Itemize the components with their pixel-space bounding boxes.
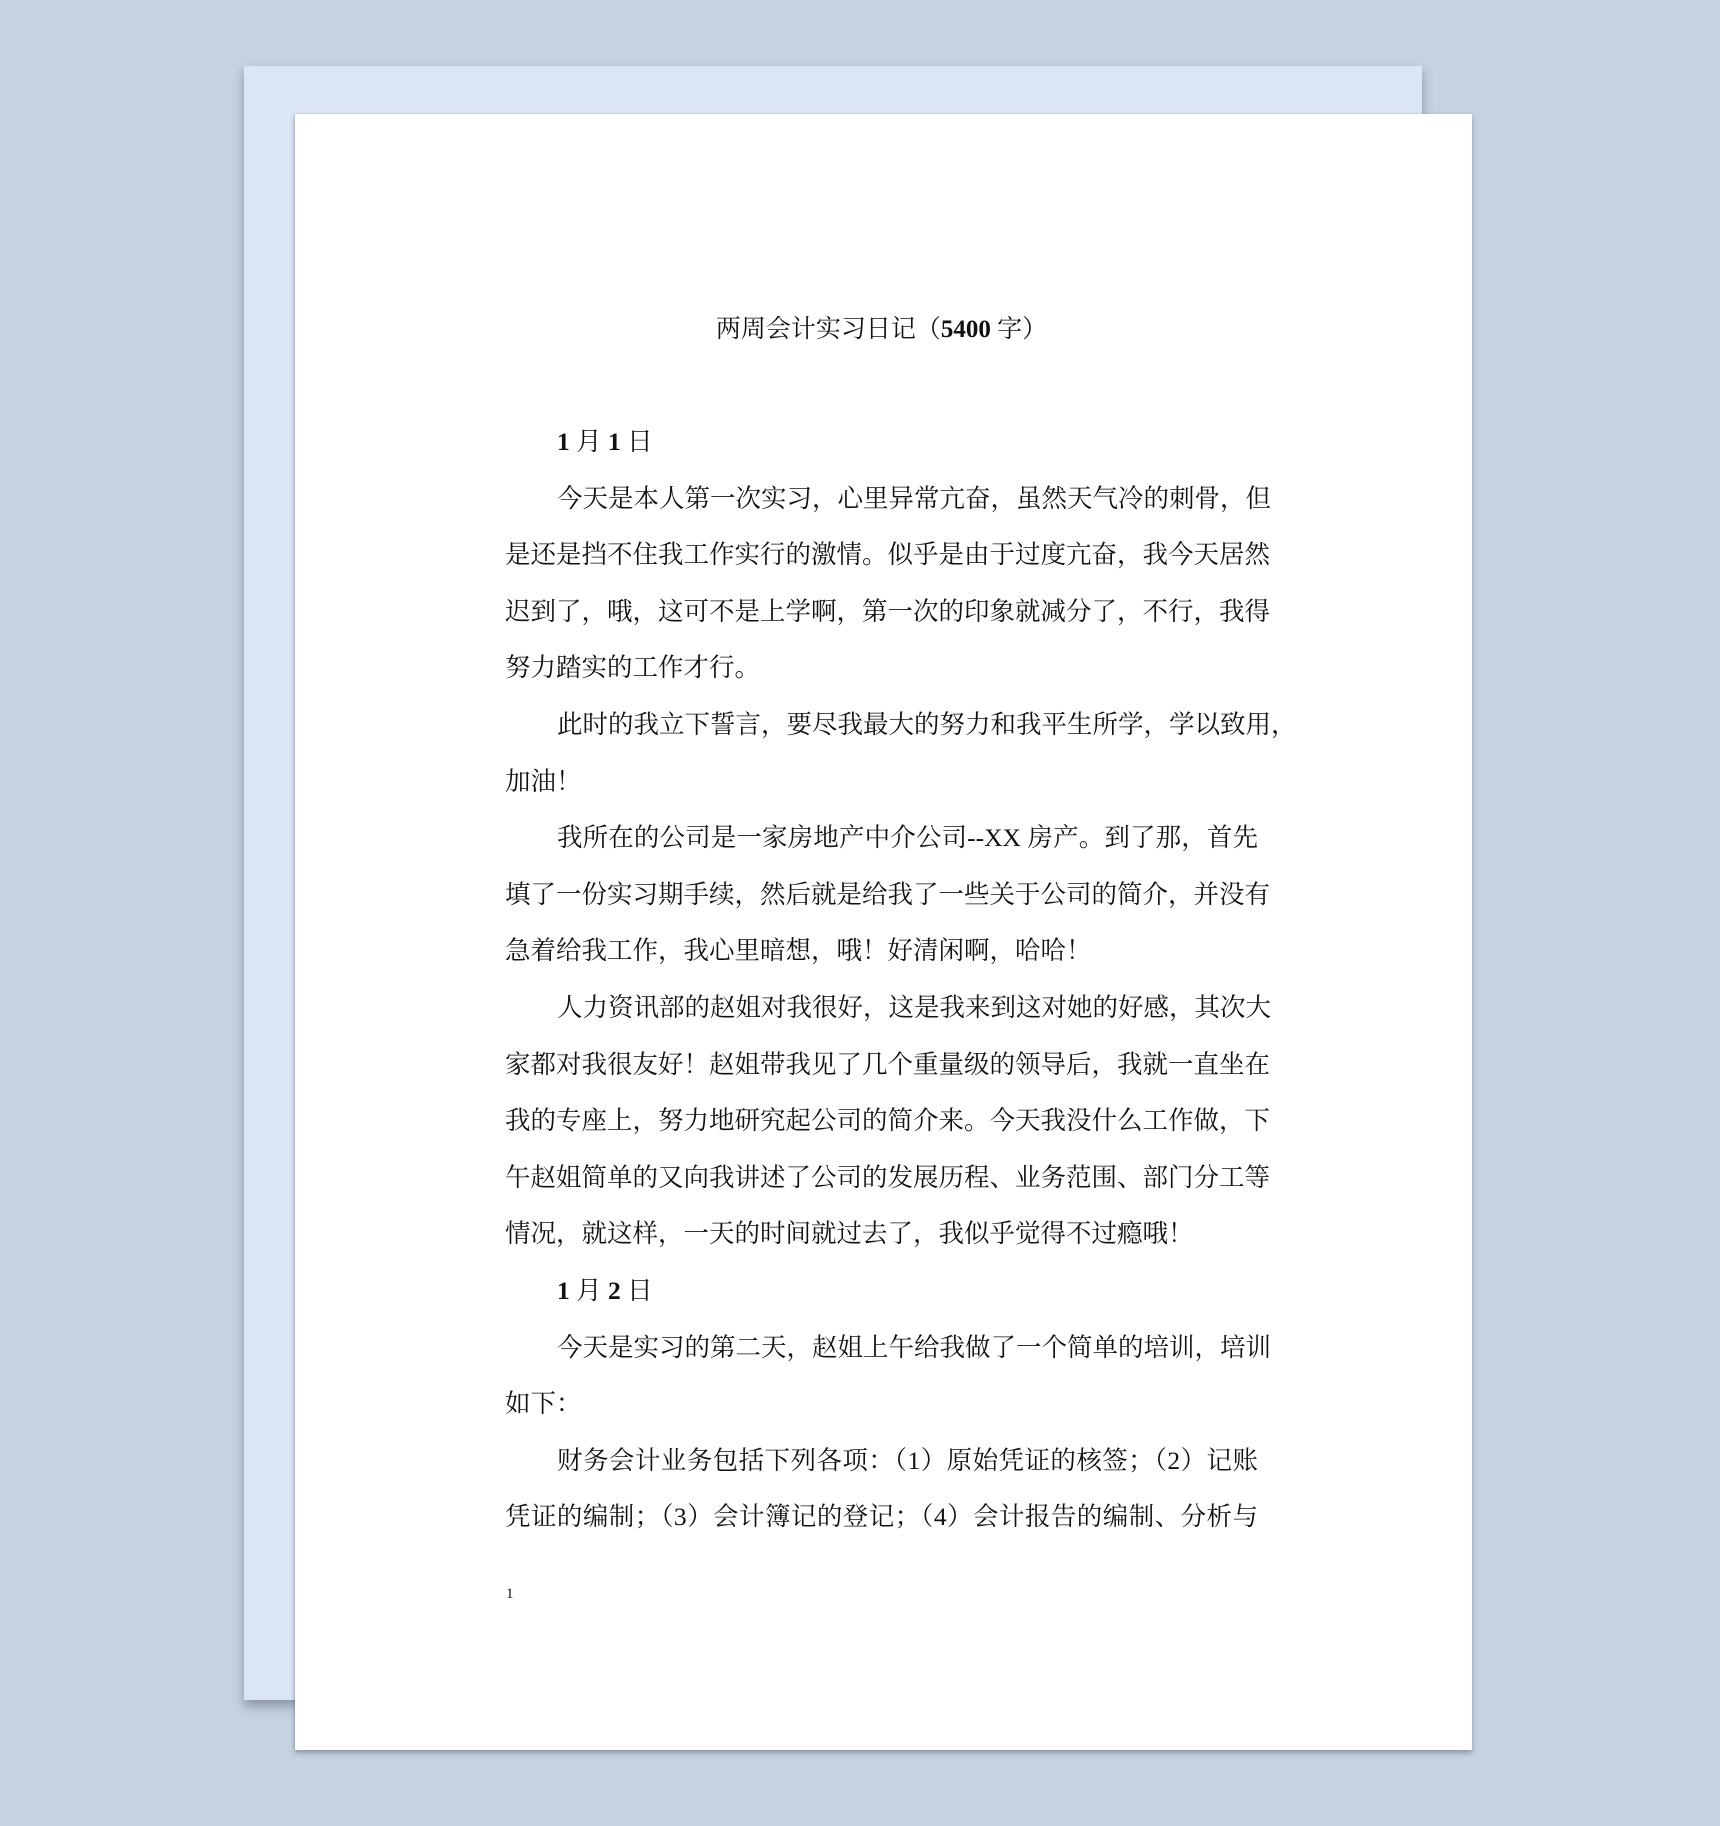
date-day-label: 日: [621, 1276, 653, 1305]
date-month: 1: [557, 427, 570, 456]
title-suffix: 字）: [991, 316, 1047, 343]
paragraph-line: 是还是挡不住我工作实行的激情。似乎是由于过度亢奋，我今天居然: [505, 527, 1258, 584]
title-word-count: 5400: [941, 316, 991, 343]
paragraph-line: 填了一份实习期手续，然后就是给我了一些关于公司的简介，并没有: [505, 867, 1258, 924]
paragraph-line: 加油！: [505, 754, 1258, 811]
paragraph-line: 凭证的编制；（3）会计簿记的登记；（4）会计报告的编制、分析与: [505, 1489, 1258, 1546]
paragraph-line: 财务会计业务包括下列各项：（1）原始凭证的核签；（2）记账: [505, 1433, 1258, 1490]
paragraph-line: 迟到了，哦，这可不是上学啊，第一次的印象就减分了，不行，我得: [505, 584, 1258, 641]
paragraph-line: 情况，就这样，一天的时间就过去了，我似乎觉得不过瘾哦！: [505, 1206, 1258, 1263]
paragraph-line: 我的专座上，努力地研究起公司的简介来。今天我没什么工作做，下: [505, 1093, 1258, 1150]
paragraph-line: 今天是本人第一次实习，心里异常亢奋，虽然天气冷的刺骨，但: [505, 471, 1258, 528]
date-heading: 1 月 1 日: [505, 414, 1258, 471]
page-number: 1: [506, 1586, 514, 1603]
paragraph-line: 此时的我立下誓言，要尽我最大的努力和我平生所学，学以致用，: [505, 697, 1258, 754]
paragraph-line: 我所在的公司是一家房地产中介公司--XX 房产。到了那，首先: [505, 810, 1258, 867]
paragraph-line: 急着给我工作，我心里暗想，哦！好清闲啊，哈哈！: [505, 923, 1258, 980]
date-day: 1: [608, 427, 621, 456]
paragraph-line: 努力踏实的工作才行。: [505, 640, 1258, 697]
paragraph-line: 如下：: [505, 1376, 1258, 1433]
date-heading: 1 月 2 日: [505, 1263, 1258, 1320]
document-title: 两周会计实习日记（5400 字）: [505, 310, 1258, 350]
date-day: 2: [608, 1276, 621, 1305]
date-month-label: 月: [570, 1276, 608, 1305]
paragraph-line: 家都对我很友好！赵姐带我见了几个重量级的领导后，我就一直坐在: [505, 1037, 1258, 1094]
paragraph-line: 今天是实习的第二天，赵姐上午给我做了一个简单的培训，培训: [505, 1320, 1258, 1377]
paragraph-line: 人力资讯部的赵姐对我很好，这是我来到这对她的好感，其次大: [505, 980, 1258, 1037]
paragraph-line: 午赵姐简单的又向我讲述了公司的发展历程、业务范围、部门分工等: [505, 1150, 1258, 1207]
date-day-label: 日: [621, 427, 653, 456]
date-month-label: 月: [570, 427, 608, 456]
title-prefix: 两周会计实习日记（: [716, 316, 941, 343]
document-body: 1 月 1 日 今天是本人第一次实习，心里异常亢奋，虽然天气冷的刺骨，但 是还是…: [505, 414, 1258, 1546]
document-page: 两周会计实习日记（5400 字） 1 月 1 日 今天是本人第一次实习，心里异常…: [295, 114, 1472, 1750]
date-month: 1: [557, 1276, 570, 1305]
